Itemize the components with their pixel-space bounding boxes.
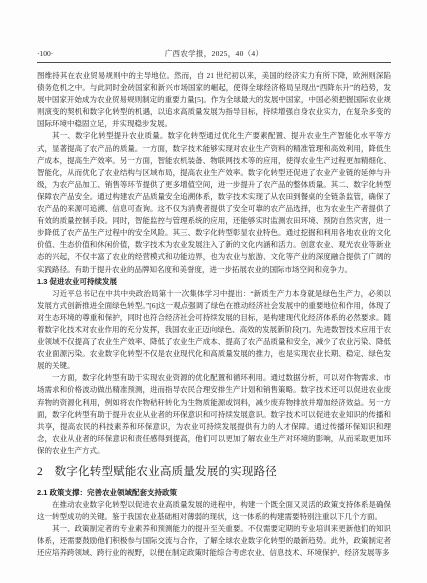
paragraph-policy-intro: 在推动农业数字化转型以促进农业高质量发展的进程中，构建一个既全面又灵活的政策支持…: [37, 499, 391, 523]
paragraph-quality: 其一、数字化转型提升农业质量。数字化转型通过优化生产要素配置、提升农业生产智能化…: [37, 130, 391, 275]
article-body: 图维持其在农业贸易规则中的主导地位。然而，自 21 世纪初以来，美国的经济实力有…: [37, 70, 391, 560]
subsection-heading-2-1: 2.1 政策支撑：完善农业领域配套支持政策: [37, 487, 391, 499]
paragraph-sustainable: 习近平总书记在中共中央政治局第十一次集体学习中提出：“新质生产力本身就是绿色生产…: [37, 288, 391, 373]
paragraph-policy-first: 其一、政策制定者的专业素养和预测能力的提升至关重要。不仅需要定期的专业培训来更新…: [37, 523, 391, 559]
journal-citation: 广西农学报，2025，40（4）: [37, 48, 391, 59]
journal-page: ·100· 广西农学报，2025，40（4） 图维持其在农业贸易规则中的主导地位…: [0, 0, 427, 583]
header-rule: [37, 62, 391, 63]
paragraph-continuation: 图维持其在农业贸易规则中的主导地位。然而，自 21 世纪初以来，美国的经济实力有…: [37, 70, 391, 130]
page-header: ·100· 广西农学报，2025，40（4）: [37, 48, 391, 59]
page-content: ·100· 广西农学报，2025，40（4） 图维持其在农业贸易规则中的主导地位…: [37, 48, 391, 560]
paragraph-two-aspects: 一方面，数字化转型有助于实现农业资源的优化配置和循环利用。通过数据分析，可以对作…: [37, 372, 391, 457]
subsection-heading-1-3: 1.3 促进农业可持续发展: [37, 276, 391, 288]
section-heading-2: 2 数字化转型赋能农业高质量发展的实现路径: [37, 466, 391, 479]
page-number: ·100·: [37, 48, 53, 59]
